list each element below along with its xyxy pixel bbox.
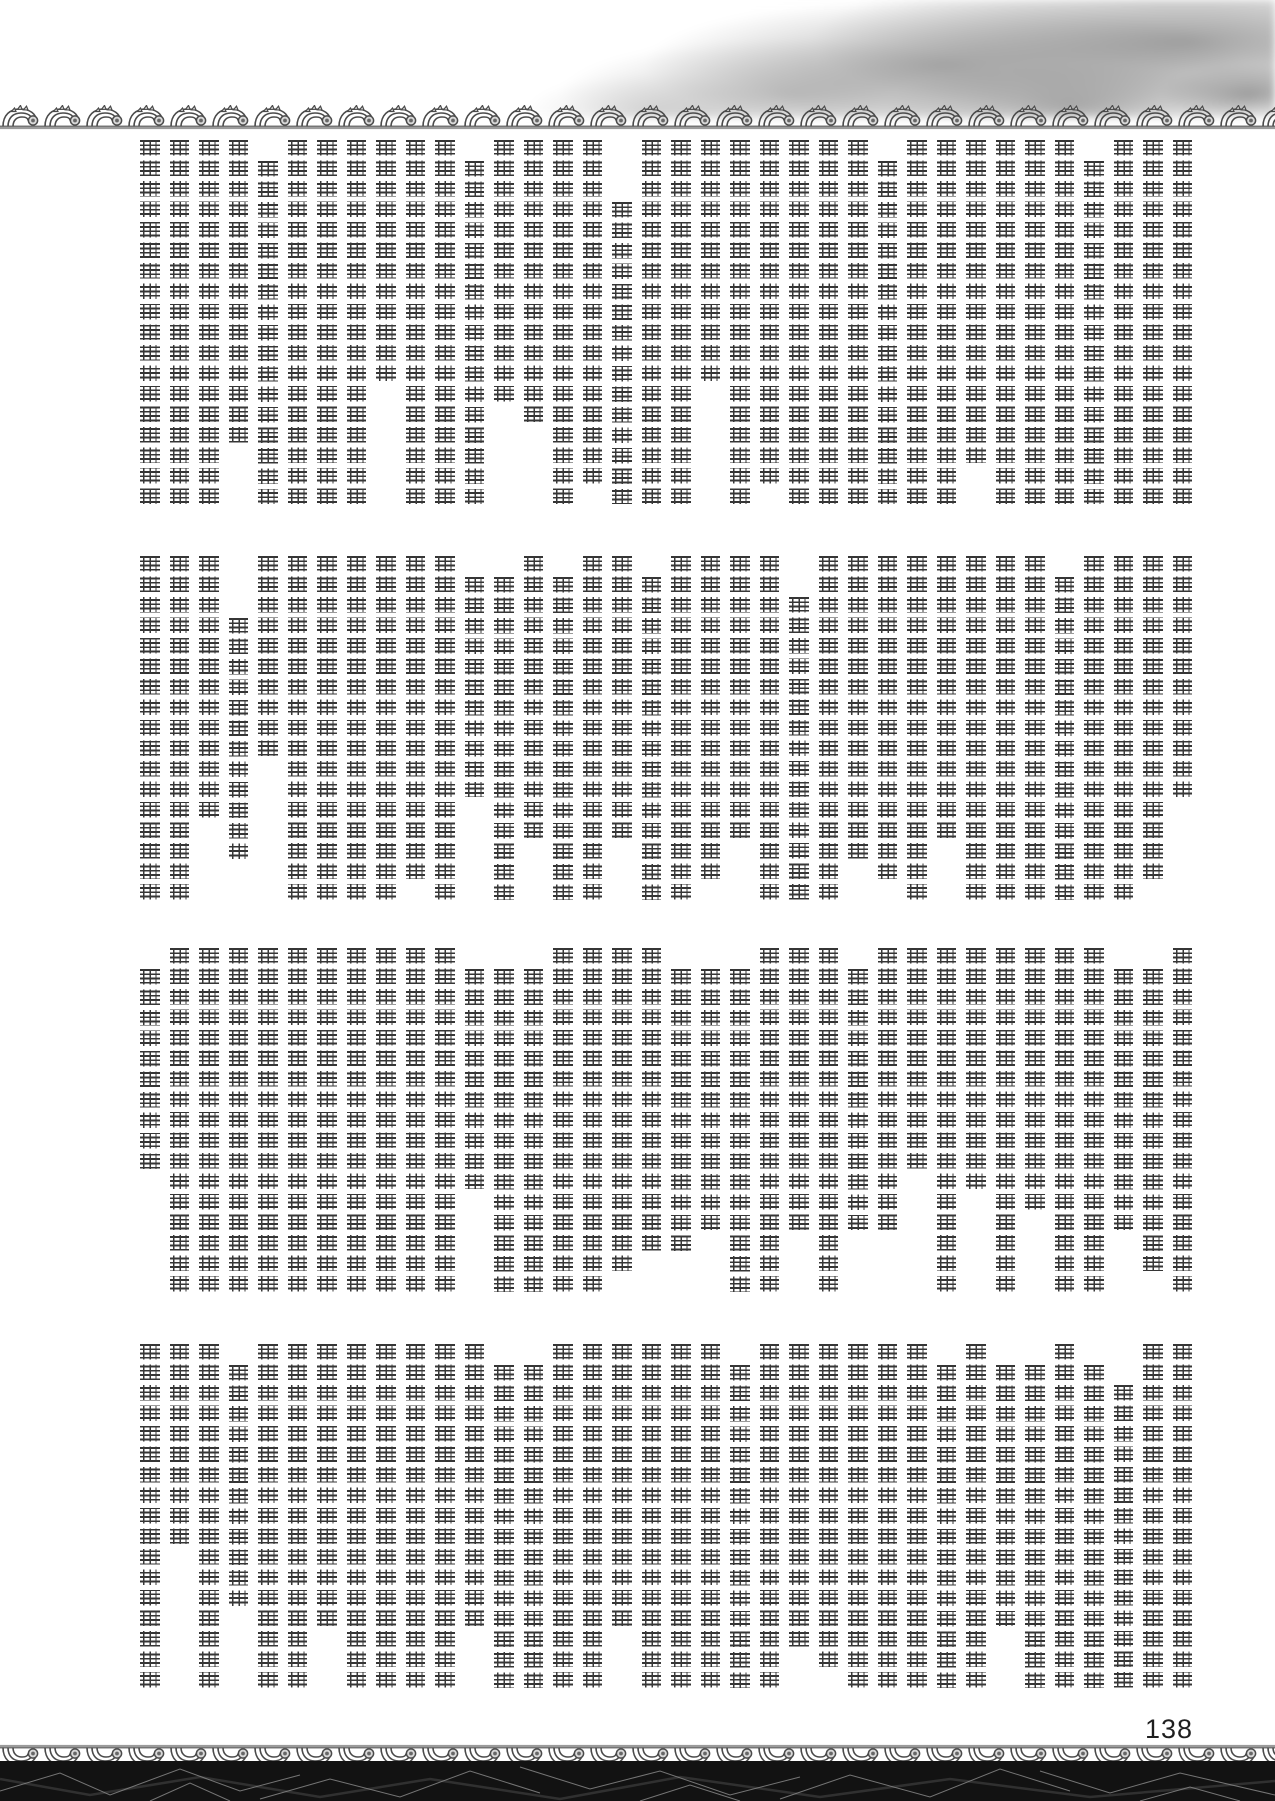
redacted-text-column (996, 140, 1016, 520)
redacted-glyph-strokes (819, 1344, 839, 1667)
redacted-glyph-strokes (848, 969, 868, 1231)
redacted-text-column (878, 140, 898, 520)
redacted-glyph-strokes (258, 1344, 278, 1688)
redacted-text-column (170, 1344, 190, 1706)
redacted-glyph-strokes (524, 1365, 544, 1688)
redacted-glyph-strokes (1084, 161, 1104, 505)
redacted-glyph-strokes (140, 969, 160, 1169)
redacted-glyph-strokes (524, 140, 544, 422)
redacted-text-column (789, 556, 809, 912)
redacted-glyph-strokes (494, 969, 514, 1292)
redacted-text-column (760, 140, 780, 520)
redacted-text-column (494, 556, 514, 912)
redacted-text-column (671, 1344, 691, 1706)
redacted-glyph-strokes (347, 948, 367, 1292)
redacted-glyph-strokes (1055, 140, 1075, 504)
text-band-3 (115, 948, 1192, 1305)
redacted-text-column (1055, 1344, 1075, 1706)
redacted-text-column (465, 1344, 485, 1706)
redacted-glyph-strokes (1055, 577, 1075, 900)
redacted-text-column (553, 948, 573, 1305)
redacted-glyph-strokes (1055, 948, 1075, 1292)
redacted-glyph-strokes (1084, 948, 1104, 1292)
redacted-glyph-strokes (494, 1365, 514, 1688)
redacted-text-column (819, 140, 839, 520)
redacted-glyph-strokes (170, 1344, 190, 1544)
redacted-glyph-strokes (583, 1344, 603, 1688)
redacted-text-column (347, 140, 367, 520)
redacted-text-column (229, 1344, 249, 1706)
redacted-text-column (789, 948, 809, 1305)
redacted-glyph-strokes (760, 1344, 780, 1688)
redacted-text-column (583, 556, 603, 912)
redacted-glyph-strokes (1025, 140, 1045, 504)
redacted-text-column (1114, 948, 1134, 1305)
redacted-glyph-strokes (789, 948, 809, 1230)
redacted-text-column (1084, 140, 1104, 520)
redacted-glyph-strokes (583, 140, 603, 484)
redacted-text-column (376, 140, 396, 520)
redacted-text-column (1025, 1344, 1045, 1706)
redacted-glyph-strokes (966, 556, 986, 900)
redacted-glyph-strokes (406, 556, 426, 879)
redacted-glyph-strokes (199, 140, 219, 504)
redacted-text-column (1143, 556, 1163, 912)
redacted-text-column (1025, 556, 1045, 912)
redacted-text-column (140, 140, 160, 520)
redacted-glyph-strokes (1173, 140, 1193, 504)
redacted-text-column (996, 1344, 1016, 1706)
redacted-glyph-strokes (170, 140, 190, 504)
redacted-glyph-strokes (465, 969, 485, 1190)
redacted-text-column (347, 1344, 367, 1706)
redacted-text-column (1143, 1344, 1163, 1706)
redacted-glyph-strokes (317, 1344, 337, 1626)
redacted-glyph-strokes (583, 948, 603, 1292)
redacted-glyph-strokes (1143, 969, 1163, 1272)
redacted-glyph-strokes (288, 556, 308, 900)
redacted-glyph-strokes (435, 556, 455, 900)
redacted-glyph-strokes (730, 969, 750, 1292)
redacted-text-column (819, 1344, 839, 1706)
redacted-glyph-strokes (789, 140, 809, 504)
redacted-text-column (730, 948, 750, 1305)
redacted-glyph-strokes (229, 1365, 249, 1606)
redacted-text-column (1143, 140, 1163, 520)
redacted-text-column (229, 556, 249, 912)
redacted-glyph-strokes (1084, 1365, 1104, 1688)
redacted-text-column (435, 1344, 455, 1706)
redacted-text-column (760, 1344, 780, 1706)
redacted-glyph-strokes (878, 948, 898, 1230)
redacted-glyph-strokes (583, 556, 603, 900)
redacted-glyph-strokes (140, 1344, 160, 1688)
redacted-glyph-strokes (612, 1344, 632, 1626)
redacted-text-column (229, 140, 249, 520)
redacted-text-column (258, 948, 278, 1305)
redacted-glyph-strokes (996, 140, 1016, 504)
redacted-text-column (848, 1344, 868, 1706)
wave-scroll-border-top (0, 105, 1275, 131)
redacted-glyph-strokes (199, 1344, 219, 1688)
redacted-text-column (1114, 1344, 1134, 1706)
redacted-glyph-strokes (612, 948, 632, 1271)
redacted-text-column (1025, 948, 1045, 1305)
redacted-text-column (1114, 140, 1134, 520)
redacted-text-column (553, 556, 573, 912)
redacted-text-column (494, 1344, 514, 1706)
redacted-text-column (465, 948, 485, 1305)
redacted-glyph-strokes (553, 140, 573, 504)
redacted-glyph-strokes (553, 1344, 573, 1688)
redacted-glyph-strokes (937, 140, 957, 504)
redacted-text-column (435, 140, 455, 520)
redacted-text-column (435, 556, 455, 912)
redacted-text-column (376, 556, 396, 912)
redacted-text-column (848, 556, 868, 912)
redacted-text-column (848, 140, 868, 520)
redacted-glyph-strokes (465, 1344, 485, 1626)
redacted-glyph-strokes (376, 140, 396, 381)
redacted-glyph-strokes (1143, 140, 1163, 504)
text-band-4 (115, 1344, 1192, 1706)
redacted-text-column (1143, 948, 1163, 1305)
redacted-text-column (612, 948, 632, 1305)
redacted-glyph-strokes (376, 1344, 396, 1688)
redacted-text-column (878, 556, 898, 912)
redacted-glyph-strokes (1173, 1344, 1193, 1688)
redacted-text-column (140, 556, 160, 912)
redacted-glyph-strokes (1025, 556, 1045, 900)
redacted-text-column (376, 948, 396, 1305)
redacted-text-column (347, 556, 367, 912)
redacted-text-column (258, 1344, 278, 1706)
redacted-glyph-strokes (435, 1344, 455, 1688)
redacted-text-column (848, 948, 868, 1305)
redacted-glyph-strokes (848, 556, 868, 859)
redacted-text-column (642, 556, 662, 912)
redacted-text-column (1055, 556, 1075, 912)
redacted-glyph-strokes (258, 556, 278, 756)
redacted-glyph-strokes (494, 140, 514, 402)
redacted-glyph-strokes (553, 948, 573, 1292)
redacted-glyph-strokes (1084, 556, 1104, 900)
redacted-glyph-strokes (435, 140, 455, 504)
redacted-text-column (996, 556, 1016, 912)
redacted-text-column (907, 140, 927, 520)
redacted-glyph-strokes (524, 969, 544, 1292)
redacted-glyph-strokes (642, 577, 662, 900)
redacted-text-column (937, 140, 957, 520)
redacted-text-column (553, 140, 573, 520)
redacted-text-column (258, 556, 278, 912)
redacted-text-column (907, 948, 927, 1305)
redacted-text-column (878, 1344, 898, 1706)
redacted-text-column (288, 140, 308, 520)
redacted-text-column (612, 556, 632, 912)
redacted-glyph-strokes (494, 577, 514, 900)
redacted-text-column (1055, 140, 1075, 520)
redacted-glyph-strokes (701, 140, 721, 381)
redacted-text-column (406, 140, 426, 520)
redacted-glyph-strokes (760, 556, 780, 900)
redacted-text-column (789, 1344, 809, 1706)
redacted-glyph-strokes (937, 948, 957, 1292)
redacted-glyph-strokes (347, 1344, 367, 1688)
redacted-text-column (494, 140, 514, 520)
redacted-text-column (229, 948, 249, 1305)
redacted-glyph-strokes (406, 948, 426, 1292)
redacted-text-column (524, 140, 544, 520)
redacted-glyph-strokes (1114, 1385, 1134, 1688)
redacted-glyph-strokes (907, 1344, 927, 1688)
redacted-text-column (937, 948, 957, 1305)
redacted-text-column (524, 556, 544, 912)
redacted-text-column (583, 140, 603, 520)
redacted-text-column (317, 140, 337, 520)
redacted-glyph-strokes (701, 556, 721, 879)
redacted-text-column (671, 140, 691, 520)
redacted-glyph-strokes (907, 556, 927, 900)
redacted-glyph-strokes (612, 202, 632, 505)
redacted-glyph-strokes (996, 556, 1016, 900)
redacted-text-column (288, 948, 308, 1305)
redacted-text-column (760, 948, 780, 1305)
redacted-text-column (406, 948, 426, 1305)
redacted-text-column (494, 948, 514, 1305)
redacted-text-column (730, 556, 750, 912)
redacted-text-column (199, 556, 219, 912)
redacted-text-column (140, 948, 160, 1305)
redacted-glyph-strokes (1173, 948, 1193, 1292)
redacted-glyph-strokes (435, 948, 455, 1292)
redacted-text-column (642, 948, 662, 1305)
redacted-text-column (199, 948, 219, 1305)
redacted-glyph-strokes (1025, 948, 1045, 1210)
redacted-glyph-strokes (1114, 140, 1134, 504)
redacted-glyph-strokes (996, 948, 1016, 1292)
redacted-text-column (701, 556, 721, 912)
redacted-text-column (642, 1344, 662, 1706)
redacted-text-column (347, 948, 367, 1305)
redacted-text-column (465, 140, 485, 520)
redacted-text-column (1055, 948, 1075, 1305)
redacted-glyph-strokes (288, 1344, 308, 1688)
text-band-2 (115, 556, 1192, 912)
redacted-glyph-strokes (524, 556, 544, 838)
redacted-text-column (1025, 140, 1045, 520)
redacted-glyph-strokes (170, 556, 190, 900)
redacted-glyph-strokes (819, 140, 839, 504)
redacted-text-column (583, 1344, 603, 1706)
redacted-glyph-strokes (229, 618, 249, 859)
redacted-text-column (1084, 1344, 1104, 1706)
redacted-glyph-strokes (907, 140, 927, 504)
redacted-glyph-strokes (907, 948, 927, 1169)
redacted-text-column (966, 140, 986, 520)
redacted-text-column (435, 948, 455, 1305)
redacted-text-column (1173, 140, 1193, 520)
redacted-glyph-strokes (140, 140, 160, 504)
redacted-text-column (258, 140, 278, 520)
redacted-glyph-strokes (317, 140, 337, 504)
redacted-text-column (406, 1344, 426, 1706)
redacted-glyph-strokes (553, 577, 573, 900)
redacted-glyph-strokes (229, 948, 249, 1292)
redacted-glyph-strokes (789, 597, 809, 900)
redacted-glyph-strokes (730, 1365, 750, 1688)
redacted-glyph-strokes (701, 969, 721, 1231)
redacted-glyph-strokes (376, 556, 396, 900)
redacted-glyph-strokes (229, 140, 249, 443)
redacted-glyph-strokes (996, 1365, 1016, 1627)
redacted-text-column (583, 948, 603, 1305)
redacted-glyph-strokes (1025, 1365, 1045, 1688)
redacted-glyph-strokes (966, 140, 986, 463)
redacted-glyph-strokes (1143, 556, 1163, 879)
redacted-glyph-strokes (671, 1344, 691, 1688)
redacted-text-column (878, 948, 898, 1305)
redacted-glyph-strokes (760, 140, 780, 484)
redacted-text-column (819, 948, 839, 1305)
redacted-text-column (671, 948, 691, 1305)
redacted-text-column (170, 140, 190, 520)
redacted-text-column (996, 948, 1016, 1305)
redacted-glyph-strokes (288, 140, 308, 504)
smoke-clouds-fade (0, 0, 1275, 118)
redacted-text-column (701, 948, 721, 1305)
redacted-glyph-strokes (848, 1344, 868, 1688)
redacted-text-column (819, 556, 839, 912)
redacted-text-column (170, 556, 190, 912)
redacted-text-column (1084, 556, 1104, 912)
redacted-glyph-strokes (789, 1344, 809, 1647)
text-band-1 (115, 140, 1192, 520)
redacted-glyph-strokes (465, 577, 485, 798)
redacted-glyph-strokes (347, 556, 367, 900)
redacted-glyph-strokes (1173, 556, 1193, 797)
redacted-glyph-strokes (258, 161, 278, 505)
redacted-glyph-strokes (730, 556, 750, 838)
redacted-glyph-strokes (317, 556, 337, 900)
redacted-glyph-strokes (848, 140, 868, 504)
redacted-text-column (317, 948, 337, 1305)
redacted-text-column (966, 1344, 986, 1706)
redacted-glyph-strokes (140, 556, 160, 900)
redacted-text-column (317, 556, 337, 912)
redacted-text-column (937, 556, 957, 912)
redacted-text-column (553, 1344, 573, 1706)
redacted-text-column (376, 1344, 396, 1706)
redacted-glyph-strokes (819, 556, 839, 900)
redacted-glyph-strokes (199, 948, 219, 1292)
redacted-text-column (642, 140, 662, 520)
redacted-glyph-strokes (760, 948, 780, 1292)
redacted-glyph-strokes (170, 948, 190, 1292)
redacted-text-column (1114, 556, 1134, 912)
redacted-text-column (937, 1344, 957, 1706)
redacted-glyph-strokes (937, 556, 957, 838)
redacted-glyph-strokes (701, 1344, 721, 1688)
redacted-text-column (907, 1344, 927, 1706)
redacted-text-column (465, 556, 485, 912)
redacted-text-column (1173, 556, 1193, 912)
redacted-text-column (730, 140, 750, 520)
redacted-text-column (701, 140, 721, 520)
redacted-text-column (199, 1344, 219, 1706)
redacted-text-column (524, 1344, 544, 1706)
redacted-glyph-strokes (966, 1344, 986, 1688)
redacted-glyph-strokes (1114, 556, 1134, 900)
redacted-glyph-strokes (966, 948, 986, 1189)
redacted-glyph-strokes (199, 556, 219, 818)
redacted-glyph-strokes (406, 1344, 426, 1688)
redacted-text-column (907, 556, 927, 912)
redacted-text-column (140, 1344, 160, 1706)
redacted-glyph-strokes (730, 140, 750, 504)
redacted-text-column (760, 556, 780, 912)
redacted-glyph-strokes (347, 140, 367, 504)
redacted-glyph-strokes (317, 948, 337, 1292)
redacted-glyph-strokes (878, 161, 898, 505)
redacted-glyph-strokes (465, 161, 485, 505)
redacted-glyph-strokes (671, 969, 691, 1251)
redacted-text-column (789, 140, 809, 520)
redacted-text-column (1084, 948, 1104, 1305)
redacted-text-column (317, 1344, 337, 1706)
redacted-glyph-strokes (406, 140, 426, 504)
page-number: 138 (1145, 1714, 1193, 1745)
redacted-text-column (524, 948, 544, 1305)
redacted-glyph-strokes (288, 948, 308, 1292)
redacted-text-column (288, 556, 308, 912)
redacted-glyph-strokes (642, 140, 662, 504)
redacted-text-column (288, 1344, 308, 1706)
redacted-text-column (612, 1344, 632, 1706)
redacted-text-column (612, 140, 632, 520)
redacted-text-column (671, 556, 691, 912)
redacted-text-column (199, 140, 219, 520)
redacted-glyph-strokes (878, 556, 898, 879)
redacted-text-column (406, 556, 426, 912)
redacted-text-column (966, 556, 986, 912)
redacted-glyph-strokes (878, 1344, 898, 1688)
redacted-text-column (730, 1344, 750, 1706)
redacted-glyph-strokes (1143, 1344, 1163, 1688)
redacted-text-column (701, 1344, 721, 1706)
redacted-glyph-strokes (819, 948, 839, 1292)
redacted-glyph-strokes (642, 948, 662, 1251)
redacted-glyph-strokes (671, 556, 691, 900)
redacted-text-column (1173, 1344, 1193, 1706)
redacted-glyph-strokes (1114, 969, 1134, 1231)
redacted-text-column (1173, 948, 1193, 1305)
redacted-text-column (170, 948, 190, 1305)
redacted-glyph-strokes (376, 948, 396, 1292)
redacted-glyph-strokes (642, 1344, 662, 1688)
redacted-glyph-strokes (258, 948, 278, 1292)
redacted-glyph-strokes (612, 556, 632, 838)
redacted-text-column (966, 948, 986, 1305)
redacted-glyph-strokes (1055, 1344, 1075, 1688)
redacted-glyph-strokes (671, 140, 691, 504)
marble-footer-decoration (0, 1761, 1275, 1801)
redacted-glyph-strokes (937, 1365, 957, 1688)
